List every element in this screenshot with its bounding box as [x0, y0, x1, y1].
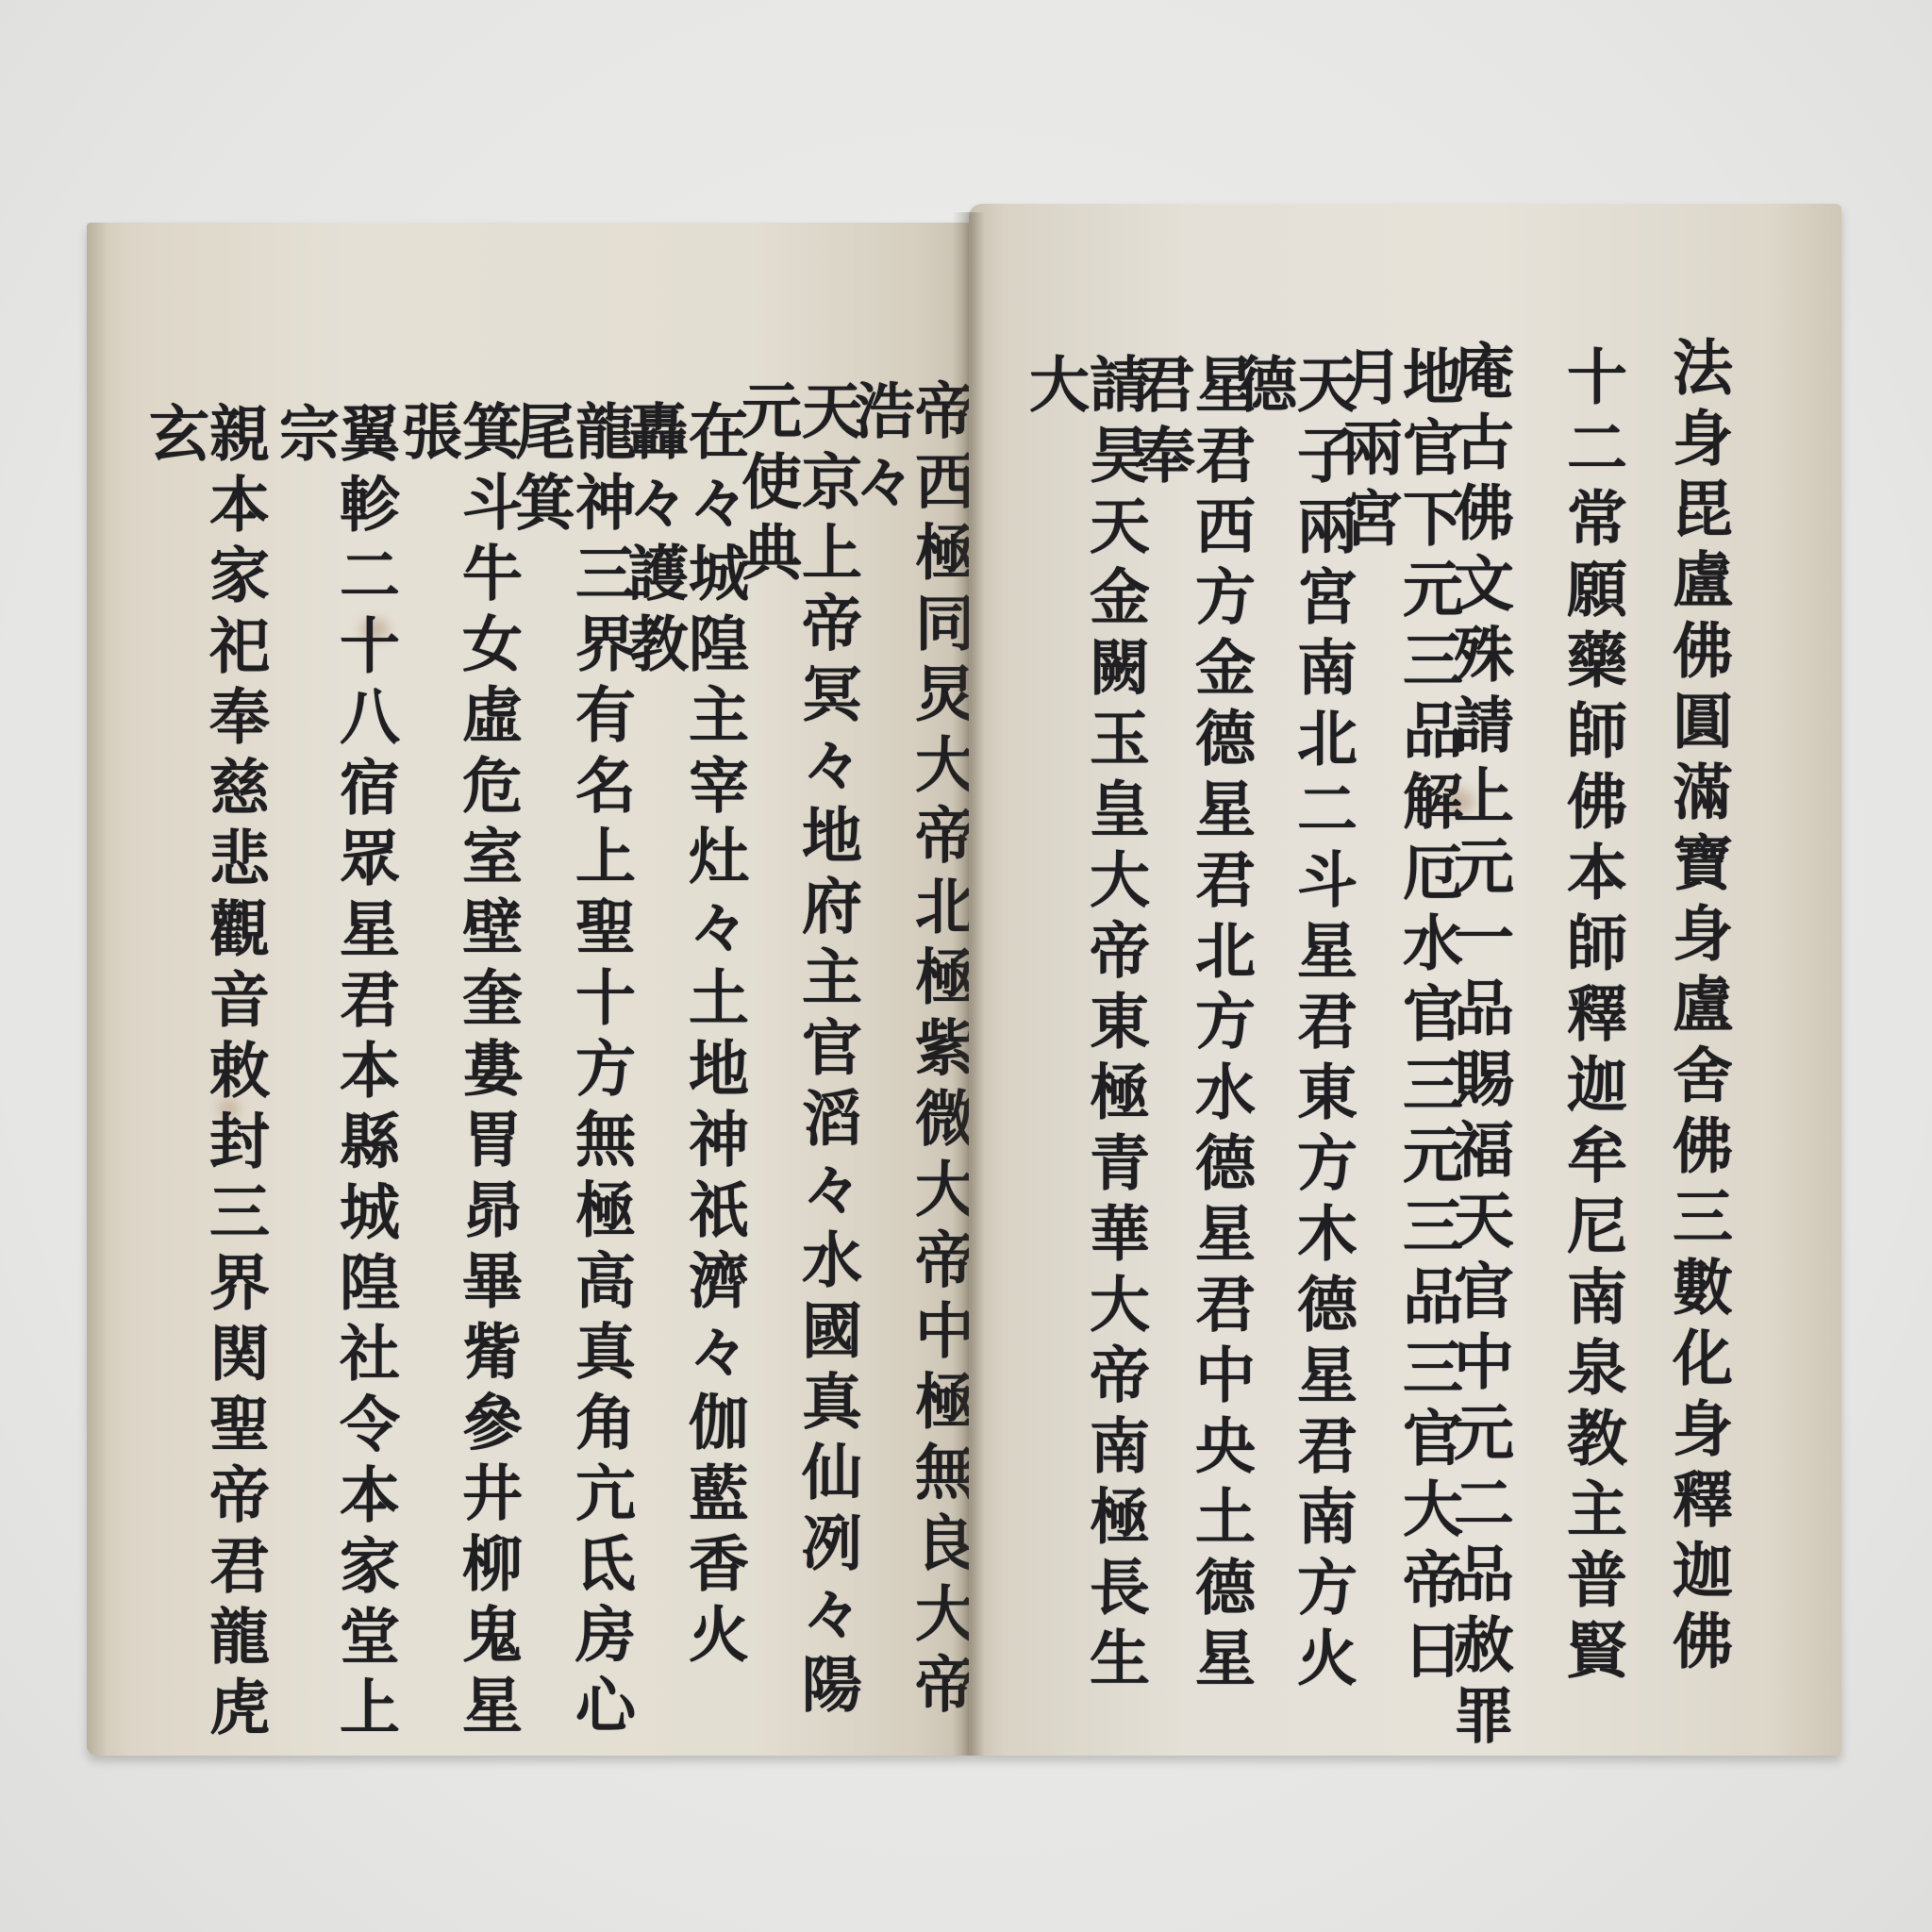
left-column-1: 帝西極同炅大帝北極紫微大帝中極無良大帝浩々 — [849, 379, 970, 1756]
left-column-4: 龍神三界有名上聖十方無極高真角亢氐房心尾箕 — [509, 400, 630, 1756]
left-column-3: 在々城隍主宰灶々土地神祇濟々伽藍香火轟々護教 — [623, 400, 743, 1756]
right-column-1: 法身毘盧佛圓滿寶身盧舍佛三數化身釋迦佛 — [1667, 336, 1727, 1680]
right-column-7: 請昊天金闕玉皇大帝東極青華大帝南極長生大 — [1024, 353, 1144, 1756]
book-gutter — [953, 212, 985, 1756]
right-column-2: 十二常願藥師佛本師釋迦牟尼南泉教主普賢 — [1561, 345, 1622, 1690]
left-page-edge — [87, 223, 106, 1756]
left-column-5: 箕斗牛女虛危室壁奎婁胃昴畢觜參井柳鬼星張 — [396, 400, 517, 1756]
left-column-2: 天京上帝冥々地府主官滔々水國真仙冽々陽元使典 — [736, 379, 857, 1756]
left-column-7: 親本家祀奉慈悲觀音敕封三界関聖帝君龍虎玄 — [143, 402, 264, 1756]
left-column-6: 翼軫二十八宿眾星君本縣城隍社令本家堂上宗 — [274, 402, 394, 1756]
left-page: 帝西極同炅大帝北極紫微大帝中極無良大帝浩々 天京上帝冥々地府主官滔々水國真仙冽々… — [87, 223, 969, 1756]
right-page: 法身毘盧佛圓滿寶身盧舍佛三數化身釋迦佛 十二常願藥師佛本師釋迦牟尼南泉教主普賢 … — [969, 204, 1841, 1756]
open-manuscript-book: 帝西極同炅大帝北極紫微大帝中極無良大帝浩々 天京上帝冥々地府主官滔々水國真仙冽々… — [0, 0, 1932, 1932]
